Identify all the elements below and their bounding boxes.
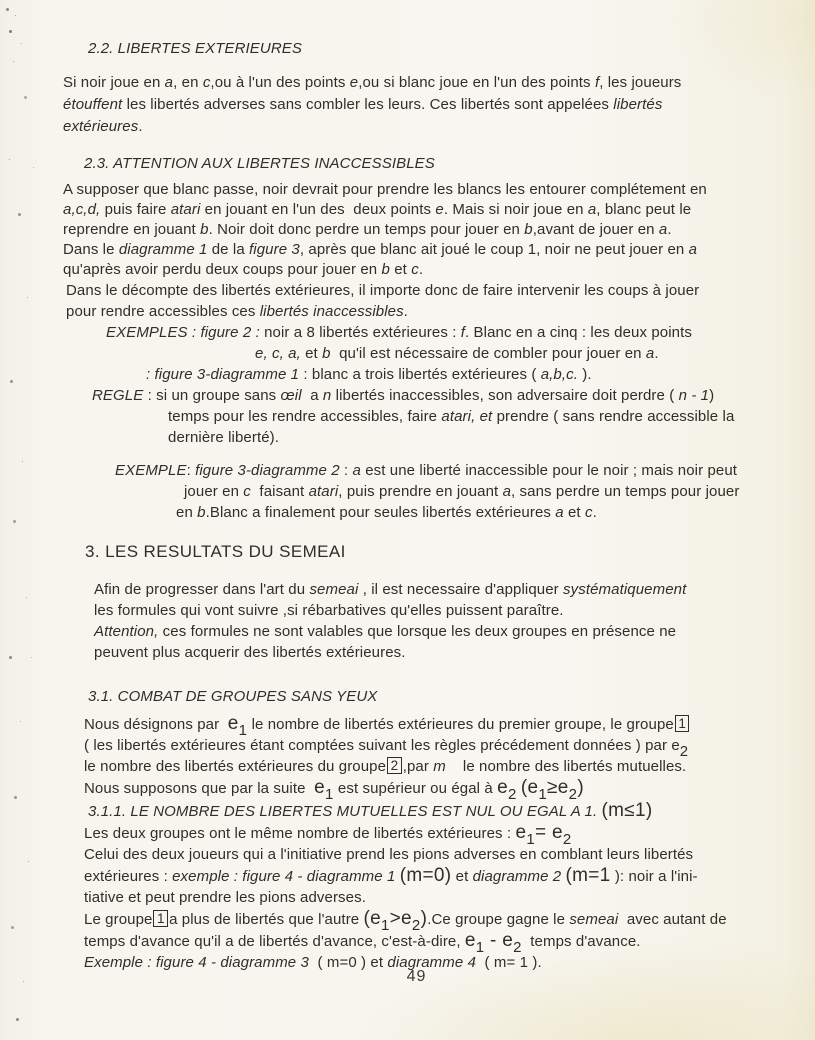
text-segment: 1: [325, 786, 334, 803]
text-segment: libertés: [613, 96, 662, 113]
text-line: 2.3. ATTENTION AUX LIBERTES INACCESSIBLE…: [84, 153, 815, 174]
text-segment: atari: [309, 483, 339, 500]
boxed-number: 2: [387, 757, 402, 774]
text-segment: b: [524, 221, 532, 238]
ex-regle: REGLE : si un groupe sans œil a n libert…: [0, 385, 815, 448]
p-decompte: Dans le décompte des libertés extérieure…: [66, 280, 815, 322]
text-line: Les deux groupes ont le même nombre de l…: [84, 822, 815, 844]
text-segment: (m≤1): [602, 800, 653, 821]
text-segment: qu'après avoir perdu deux coups pour jou…: [63, 261, 382, 278]
text-segment: 2.3. ATTENTION AUX LIBERTES INACCESSIBLE…: [84, 155, 435, 172]
text-segment: ,ou à l'un des points: [210, 74, 349, 91]
text-segment: , sans perdre un temps pour jouer: [511, 483, 739, 500]
text-line: Nous supposons que par la suite e1 est s…: [84, 777, 815, 799]
text-segment: ,par: [403, 758, 434, 775]
text-line: EXEMPLES : figure 2 : noir a 8 libertés …: [106, 322, 815, 343]
text-segment: a: [503, 483, 511, 500]
text-segment: diagramme 2: [473, 868, 562, 885]
text-segment: avec autant de: [618, 911, 726, 928]
text-segment: >e: [390, 908, 412, 929]
text-segment: e: [465, 930, 476, 951]
text-segment: 1: [476, 939, 485, 956]
text-segment: étouffent: [63, 96, 122, 113]
text-segment: .Ce groupe gagne le: [427, 911, 569, 928]
text-segment: ,avant de jouer en: [533, 221, 659, 238]
text-segment: et: [451, 868, 472, 885]
text-segment: peuvent plus acquerir des libertés extér…: [94, 644, 406, 661]
text-segment: figure 3: [249, 241, 300, 258]
p-inacc: A supposer que blanc passe, noir devrait…: [63, 180, 815, 280]
text-segment: a: [353, 462, 361, 479]
text-segment: , les joueurs: [599, 74, 681, 91]
text-segment: a: [302, 387, 323, 404]
text-line: ( les libertés extérieures étant comptée…: [84, 735, 815, 756]
text-segment: temps d'avance.: [522, 933, 641, 950]
boxed-number: 1: [675, 715, 690, 732]
text-line: 3. LES RESULTATS DU SEMEAI: [85, 540, 815, 563]
text-line: A supposer que blanc passe, noir devrait…: [63, 180, 815, 200]
page-number: 49: [0, 968, 815, 986]
text-segment: a plus de libertés que l'autre: [169, 911, 363, 928]
text-segment: , en: [173, 74, 203, 91]
text-segment: e, c, a,: [255, 345, 301, 362]
text-line: extérieures : exemple : figure 4 - diagr…: [84, 865, 815, 887]
text-segment: de la: [207, 241, 249, 258]
text-segment: .: [593, 504, 597, 521]
text-segment: , puis prendre en jouant: [338, 483, 502, 500]
text-line: : figure 3-diagramme 1 : blanc a trois l…: [146, 364, 815, 385]
text-segment: e: [435, 201, 443, 218]
text-segment: et: [564, 504, 585, 521]
text-segment: semeai: [309, 581, 358, 598]
scanned-page: 2.2. LIBERTES EXTERIEURESSi noir joue en…: [0, 0, 815, 1040]
text-segment: œil: [281, 387, 302, 404]
text-segment: Nous désignons par: [84, 716, 228, 733]
text-segment: : figure 3-diagramme 1: [146, 366, 299, 383]
text-segment: Afin de progresser dans l'art du: [94, 581, 309, 598]
text-segment: :: [187, 462, 196, 479]
text-line: Si noir joue en a, en c,ou à l'un des po…: [63, 72, 815, 94]
text-segment: dernière liberté).: [168, 429, 279, 446]
text-segment: b: [382, 261, 390, 278]
text-segment: c: [243, 483, 251, 500]
text-segment: atari: [171, 201, 201, 218]
text-segment: 1: [538, 786, 547, 803]
text-line: REGLE : si un groupe sans œil a n libert…: [92, 385, 815, 406]
text-segment: puis faire: [100, 201, 170, 218]
text-line: 2.2. LIBERTES EXTERIEURES: [88, 38, 815, 59]
text-line: e, c, a, et b qu'il est nécessaire de co…: [255, 343, 815, 364]
text-segment: les formules qui vont suivre ,si rébarba…: [94, 602, 564, 619]
h-2-3: 2.3. ATTENTION AUX LIBERTES INACCESSIBLE…: [84, 153, 815, 174]
p-designons: Nous désignons par e1 le nombre de liber…: [84, 713, 815, 799]
text-segment: libertés inaccessibles, son adversaire d…: [331, 387, 678, 404]
text-segment: , blanc peut le: [596, 201, 691, 218]
text-line: les formules qui vont suivre ,si rébarba…: [94, 600, 815, 621]
text-segment: figure 3-diagramme 2: [195, 462, 340, 479]
text-segment: a: [555, 504, 563, 521]
text-segment: 3.1. COMBAT DE GROUPES SANS YEUX: [88, 688, 377, 705]
h-3-1-1: 3.1.1. LE NOMBRE DES LIBERTES MUTUELLES …: [88, 800, 815, 822]
text-segment: ): [709, 387, 714, 404]
text-segment: prendre ( sans rendre accessible la: [492, 408, 734, 425]
text-segment: qu'il est nécessaire de combler pour jou…: [331, 345, 646, 362]
text-segment: Celui des deux joueurs qui a l'initiativ…: [84, 846, 693, 863]
text-segment: , il est necessaire d'appliquer: [358, 581, 563, 598]
text-segment: faisant: [251, 483, 309, 500]
text-segment: .: [419, 261, 423, 278]
text-segment: e: [228, 713, 239, 734]
text-segment: (e: [521, 777, 539, 798]
text-segment: et: [390, 261, 411, 278]
text-segment: : si un groupe sans: [143, 387, 280, 404]
text-segment: :: [340, 462, 353, 479]
text-segment: ces formules ne sont valables que lorsqu…: [158, 623, 676, 640]
text-segment: Nous supposons que par la suite: [84, 780, 314, 797]
text-line: étouffent les libertés adverses sans com…: [63, 94, 815, 116]
text-segment: . Mais si noir joue en: [444, 201, 588, 218]
text-line: jouer en c faisant atari, puis prendre e…: [184, 481, 815, 502]
text-segment: e: [350, 74, 358, 91]
text-segment: Les deux groupes ont le même nombre de l…: [84, 825, 515, 842]
h-2-2: 2.2. LIBERTES EXTERIEURES: [88, 38, 815, 59]
text-line: le nombre des libertés extérieures du gr…: [84, 756, 815, 777]
text-line: pour rendre accessibles ces libertés ina…: [66, 301, 815, 322]
text-segment: ,ou si blanc joue en l'un des points: [358, 74, 595, 91]
text-segment: e: [497, 777, 508, 798]
text-line: en b.Blanc a finalement pour seules libe…: [176, 502, 815, 523]
text-segment: le nombre des libertés mutuelles.: [446, 758, 686, 775]
text-segment: .: [654, 345, 658, 362]
text-segment: 2: [680, 743, 689, 760]
text-segment: b: [200, 221, 208, 238]
text-segment: reprendre en jouant: [63, 221, 200, 238]
text-segment: a: [165, 74, 173, 91]
text-segment: REGLE: [92, 387, 143, 404]
boxed-number: 1: [153, 910, 168, 927]
text-line: reprendre en jouant b. Noir doit donc pe…: [63, 220, 815, 240]
h-3-1: 3.1. COMBAT DE GROUPES SANS YEUX: [88, 686, 815, 707]
text-segment: et: [301, 345, 322, 362]
text-segment: A supposer que blanc passe, noir devrait…: [63, 181, 707, 198]
text-segment: en: [176, 504, 197, 521]
text-segment: .: [667, 221, 671, 238]
text-segment: .Blanc a finalement pour seules libertés…: [206, 504, 556, 521]
text-segment: m: [433, 758, 446, 775]
text-segment: a,b,c.: [541, 366, 578, 383]
text-segment: c: [585, 504, 593, 521]
text-segment: le nombre des libertés extérieures du gr…: [84, 758, 386, 775]
p-semeai: Afin de progresser dans l'art du semeai …: [94, 579, 815, 663]
text-segment: Dans le décompte des libertés extérieure…: [66, 282, 699, 299]
text-line: Le groupe1a plus de libertés que l'autre…: [84, 908, 815, 930]
text-segment: 2: [569, 786, 578, 803]
h-3: 3. LES RESULTATS DU SEMEAI: [85, 540, 815, 563]
text-segment: 3.1.1. LE NOMBRE DES LIBERTES MUTUELLES …: [88, 803, 602, 820]
text-segment: e: [515, 822, 526, 843]
text-line: a,c,d, puis faire atari en jouant en l'u…: [63, 200, 815, 220]
text-segment: e: [314, 777, 325, 798]
text-segment: EXEMPLE: [115, 462, 187, 479]
text-segment: 1: [526, 831, 535, 848]
text-segment: a,c,d,: [63, 201, 100, 218]
p-mutuelles: Les deux groupes ont le même nombre de l…: [84, 822, 815, 908]
text-line: Dans le diagramme 1 de la figure 3, aprè…: [63, 240, 815, 260]
text-segment: Attention,: [94, 623, 158, 640]
text-segment: semeai: [569, 911, 618, 928]
text-segment: .: [404, 303, 408, 320]
text-segment: les libertés adverses sans combler les l…: [122, 96, 613, 113]
text-line: peuvent plus acquerir des libertés extér…: [94, 642, 815, 663]
text-line: qu'après avoir perdu deux coups pour jou…: [63, 260, 815, 280]
text-segment: (m=0): [400, 865, 452, 886]
text-segment: noir a 8 libertés extérieures :: [264, 324, 461, 341]
text-segment: 2: [563, 831, 572, 848]
text-segment: en jouant en l'un des deux points: [200, 201, 435, 218]
text-segment: le nombre de libertés extérieures du pre…: [247, 716, 674, 733]
document-body: 2.2. LIBERTES EXTERIEURESSi noir joue en…: [0, 0, 815, 973]
text-segment: (e: [364, 908, 382, 929]
ex-exemple: EXEMPLE: figure 3-diagramme 2 : a est un…: [0, 460, 815, 523]
text-segment: b: [322, 345, 330, 362]
text-segment: 1: [381, 917, 390, 934]
text-segment: extérieures: [63, 118, 138, 135]
text-line: 3.1.1. LE NOMBRE DES LIBERTES MUTUELLES …: [88, 800, 815, 822]
text-segment: extérieures :: [84, 868, 172, 885]
text-segment: Si noir joue en: [63, 74, 165, 91]
text-segment: - e: [484, 930, 513, 951]
text-segment: (m=1: [566, 865, 611, 886]
text-line: dernière liberté).: [168, 427, 815, 448]
text-segment: . Noir doit donc perdre un temps pour jo…: [209, 221, 525, 238]
text-segment: 2: [412, 917, 421, 934]
p-ext: Si noir joue en a, en c,ou à l'un des po…: [63, 72, 815, 138]
text-segment: ): noir a l'ini-: [611, 868, 698, 885]
text-line: Afin de progresser dans l'art du semeai …: [94, 579, 815, 600]
text-line: Nous désignons par e1 le nombre de liber…: [84, 713, 815, 735]
text-segment: Dans le: [63, 241, 119, 258]
text-segment: . Blanc en a cinq : les deux points: [465, 324, 692, 341]
text-segment: : blanc a trois libertés extérieures (: [299, 366, 541, 383]
text-segment: = e: [535, 822, 563, 843]
ex-examples: EXEMPLES : figure 2 : noir a 8 libertés …: [0, 322, 815, 385]
text-line: temps d'avance qu'il a de libertés d'ava…: [84, 930, 815, 952]
text-segment: temps d'avance qu'il a de libertés d'ava…: [84, 933, 465, 950]
text-line: Celui des deux joueurs qui a l'initiativ…: [84, 844, 815, 865]
text-segment: c: [411, 261, 419, 278]
text-line: extérieures.: [63, 116, 815, 138]
text-segment: systématiquement: [563, 581, 686, 598]
text-segment: .: [138, 118, 142, 135]
text-segment: 2.2. LIBERTES EXTERIEURES: [88, 40, 302, 57]
text-segment: a: [689, 241, 697, 258]
text-segment: b: [197, 504, 205, 521]
text-line: Attention, ces formules ne sont valables…: [94, 621, 815, 642]
text-segment: tiative et peut prendre les pions advers…: [84, 889, 366, 906]
text-segment: 2: [508, 786, 517, 803]
text-segment: atari, et: [441, 408, 492, 425]
text-segment: jouer en: [184, 483, 243, 500]
text-segment: 2: [513, 939, 522, 956]
text-segment: ): [577, 777, 584, 798]
text-segment: 1: [239, 722, 248, 739]
text-line: EXEMPLE: figure 3-diagramme 2 : a est un…: [115, 460, 815, 481]
text-segment: EXEMPLES : figure 2 :: [106, 324, 264, 341]
text-segment: exemple : figure 4 - diagramme 1: [172, 868, 395, 885]
text-segment: ≥e: [547, 777, 569, 798]
text-segment: temps pour les rendre accessibles, faire: [168, 408, 441, 425]
text-segment: est supérieur ou égal à: [334, 780, 497, 797]
text-segment: n - 1: [679, 387, 710, 404]
text-segment: , après que blanc ait joué le coup 1, no…: [300, 241, 689, 258]
text-segment: Le groupe: [84, 911, 152, 928]
p-groupe1: Le groupe1a plus de libertés que l'autre…: [84, 908, 815, 973]
text-segment: diagramme 1: [119, 241, 208, 258]
text-line: 3.1. COMBAT DE GROUPES SANS YEUX: [88, 686, 815, 707]
text-line: Dans le décompte des libertés extérieure…: [66, 280, 815, 301]
text-segment: est une liberté inaccessible pour le noi…: [361, 462, 737, 479]
text-segment: ).: [578, 366, 592, 383]
text-segment: ( les libertés extérieures étant comptée…: [84, 737, 680, 754]
text-segment: pour rendre accessibles ces: [66, 303, 260, 320]
text-line: temps pour les rendre accessibles, faire…: [168, 406, 815, 427]
text-line: tiative et peut prendre les pions advers…: [84, 887, 815, 908]
text-segment: libertés inaccessibles: [260, 303, 404, 320]
text-segment: 3. LES RESULTATS DU SEMEAI: [85, 542, 346, 561]
